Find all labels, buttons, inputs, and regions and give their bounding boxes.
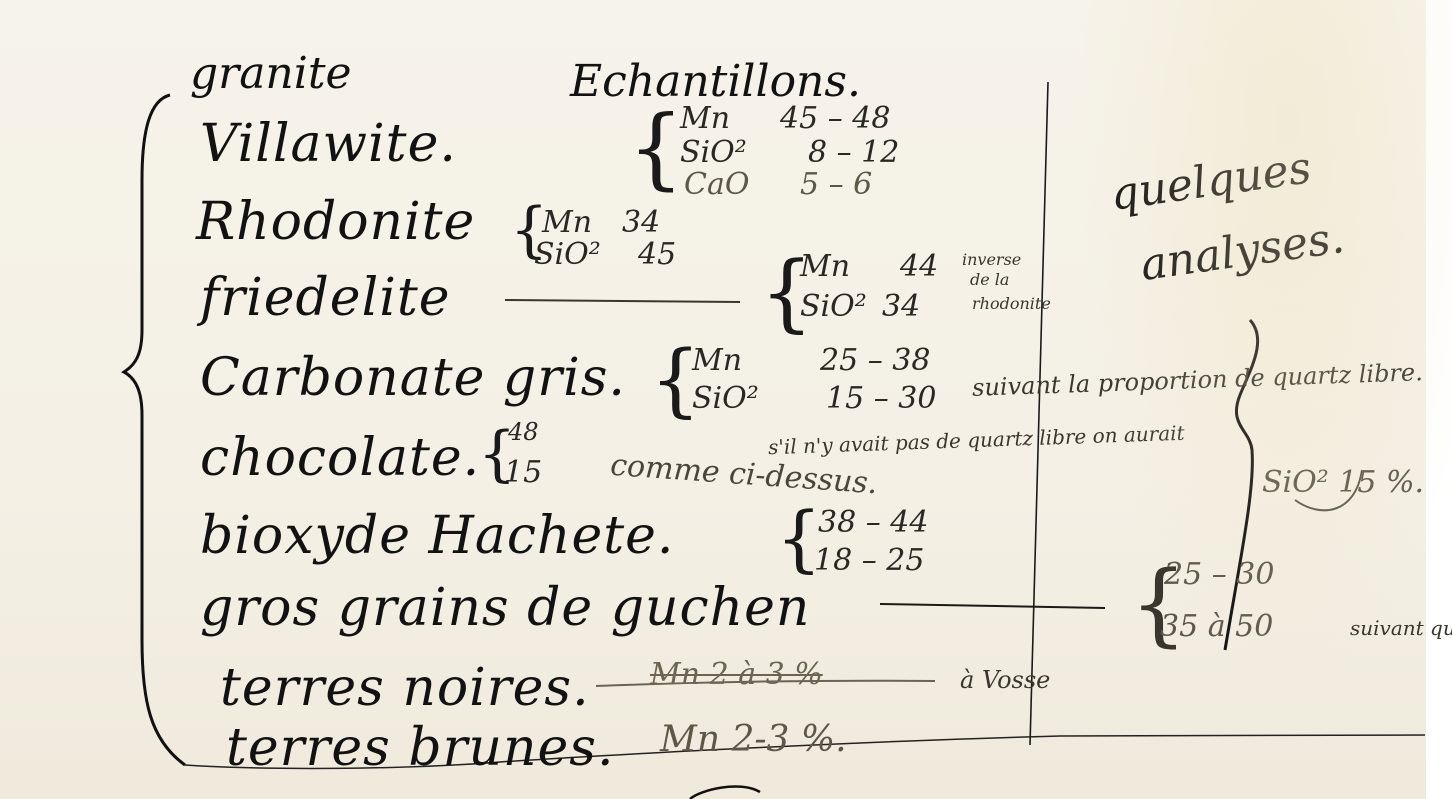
page-title: Echantillons. (570, 60, 861, 104)
column-divider (1030, 82, 1048, 745)
bioxyde-value-1: 38 – 44 (818, 508, 928, 538)
gros-grains-note: suivant quartz libre visible (1350, 618, 1452, 638)
friedelite-note-1: inverse (962, 252, 1021, 268)
villawite-sio2-value: 8 – 12 (808, 138, 899, 168)
sample-gros-grains-name: gros grains de guchen (200, 582, 810, 634)
left-bracket-stroke (124, 95, 185, 765)
carbonate-mn-value: 25 – 38 (820, 346, 930, 376)
sio2-side-note: SiO² 15 %. (1262, 468, 1424, 498)
friedelite-sio2-label: SiO² (800, 292, 867, 322)
gros-grains-value-2: 35 à 50 (1160, 612, 1273, 642)
villawite-cao-label: CaO (684, 170, 749, 200)
gros-grains-value-1: 25 – 30 (1164, 560, 1274, 590)
carbonate-sio2-value: 15 – 30 (826, 384, 936, 414)
brace-icon: { (628, 104, 684, 192)
terres-brunes-value: Mn 2-3 %. (660, 722, 847, 758)
carbonate-mn-label: Mn (692, 346, 742, 376)
paper-edge (1426, 0, 1452, 799)
sample-chocolate-name: chocolate. (200, 432, 480, 484)
sample-bioxyde-name: bioxyde Hachete. (200, 510, 674, 562)
carbonate-sio2-label: SiO² (692, 384, 759, 414)
sample-friedelite-name: friedelite (200, 272, 451, 324)
rhodonite-mn-value: 34 (622, 208, 660, 238)
chocolate-value-1: 48 (508, 420, 539, 444)
manuscript-page: granite Echantillons. Villawite. { Mn 45… (0, 0, 1452, 799)
villawite-sio2-label: SiO² (680, 138, 747, 168)
friedelite-note-2: de la (970, 272, 1009, 288)
terres-noires-note: à Vosse (960, 668, 1050, 692)
sample-terres-noires-name: terres noires. (220, 662, 590, 714)
bioxyde-value-2: 18 – 25 (814, 546, 924, 576)
sample-carbonate-gris-name: Carbonate gris. (200, 352, 626, 404)
friedelite-note-3: rhodonite (972, 296, 1051, 312)
rhodonite-sio2-label: SiO² (534, 240, 601, 270)
sample-terres-brunes-name: terres brunes. (226, 722, 615, 774)
friedelite-mn-label: Mn (800, 252, 850, 282)
sample-villawite-name: Villawite. (200, 118, 457, 170)
sample-rhodonite-name: Rhodonite (196, 196, 475, 248)
villawite-cao-value: 5 – 6 (800, 170, 872, 200)
terres-noires-struck-value: Mn 2 à 3 % (650, 660, 823, 690)
friedelite-mn-value: 44 (900, 252, 938, 282)
rhodonite-mn-label: Mn (542, 208, 592, 238)
villawite-mn-value: 45 – 48 (780, 104, 890, 134)
rhodonite-sio2-value: 45 (638, 240, 676, 270)
page-bottom-glyph (690, 786, 760, 799)
chocolate-value-2: 15 (504, 458, 542, 488)
friedelite-dash (505, 300, 740, 302)
villawite-mn-label: Mn (680, 104, 730, 134)
friedelite-sio2-value: 34 (882, 292, 920, 322)
gros-grains-underline (880, 604, 1105, 608)
granite-label: granite (190, 52, 352, 96)
